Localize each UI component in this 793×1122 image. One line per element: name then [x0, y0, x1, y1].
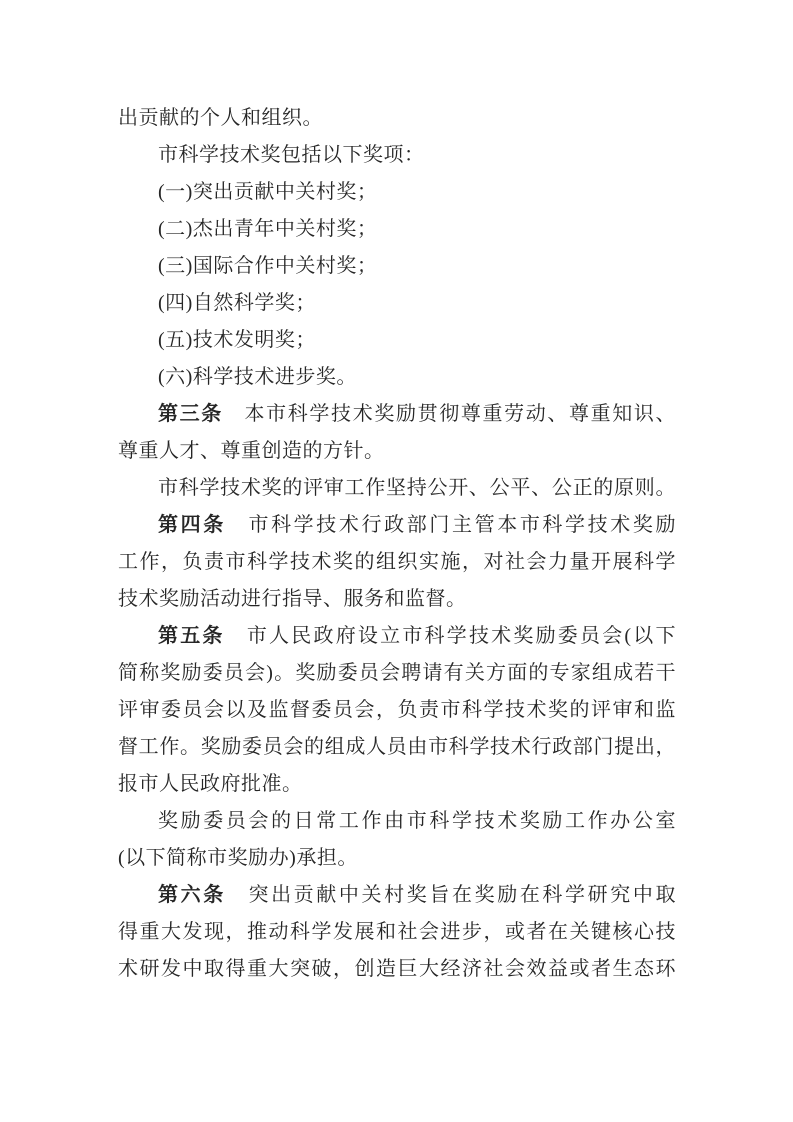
- article-line: 第三条 本市科学技术奖励贯彻尊重劳动、尊重知识、: [118, 396, 676, 433]
- article-number-label: 第五条: [158, 625, 225, 647]
- text-line: 得重大发现，推动科学发展和社会进步，或者在关键核心技: [118, 914, 676, 951]
- text-line: 评审委员会以及监督委员会，负责市科学技术奖的评审和监: [118, 692, 676, 729]
- text-line: 技术奖励活动进行指导、服务和监督。: [118, 581, 676, 618]
- article-line-text: 本市科学技术奖励贯彻尊重劳动、尊重知识、: [223, 403, 676, 425]
- text-line: 术研发中取得重大突破，创造巨大经济社会效益或者生态环: [118, 951, 676, 988]
- list-item: (四)自然科学奖；: [118, 285, 676, 322]
- text-line: 简称奖励委员会)。奖励委员会聘请有关方面的专家组成若干: [118, 655, 676, 692]
- article-line-text: 市科学技术行政部门主管本市科学技术奖励: [226, 514, 676, 536]
- document-page: 出贡献的个人和组织。 市科学技术奖包括以下奖项： (一)突出贡献中关村奖； (二…: [0, 0, 793, 1122]
- text-line: 工作，负责市科学技术奖的组织实施，对社会力量开展科学: [118, 544, 676, 581]
- article-number-label: 第六条: [158, 884, 226, 906]
- list-item: (三)国际合作中关村奖；: [118, 248, 676, 285]
- list-item: (五)技术发明奖；: [118, 322, 676, 359]
- list-item: (六)科学技术进步奖。: [118, 359, 676, 396]
- article-line: 第六条 突出贡献中关村奖旨在奖励在科学研究中取: [118, 877, 676, 914]
- article-number-label: 第四条: [158, 514, 226, 536]
- text-line: 市科学技术奖包括以下奖项：: [118, 137, 676, 174]
- article-number-label: 第三条: [158, 403, 223, 425]
- text-line: 尊重人才、尊重创造的方针。: [118, 433, 676, 470]
- article-line: 第四条 市科学技术行政部门主管本市科学技术奖励: [118, 507, 676, 544]
- text-line: 督工作。奖励委员会的组成人员由市科学技术行政部门提出，: [118, 729, 676, 766]
- list-item: (二)杰出青年中关村奖；: [118, 211, 676, 248]
- article-line-text: 突出贡献中关村奖旨在奖励在科学研究中取: [226, 884, 676, 906]
- list-item: (一)突出贡献中关村奖；: [118, 174, 676, 211]
- text-line: 市科学技术奖的评审工作坚持公开、公平、公正的原则。: [118, 470, 676, 507]
- text-line: (以下简称市奖励办)承担。: [118, 840, 676, 877]
- text-line: 出贡献的个人和组织。: [118, 100, 676, 137]
- article-line-text: 市人民政府设立市科学技术奖励委员会(以下: [225, 625, 676, 647]
- article-line: 第五条 市人民政府设立市科学技术奖励委员会(以下: [118, 618, 676, 655]
- text-line: 奖励委员会的日常工作由市科学技术奖励工作办公室: [118, 803, 676, 840]
- text-line: 报市人民政府批准。: [118, 766, 676, 803]
